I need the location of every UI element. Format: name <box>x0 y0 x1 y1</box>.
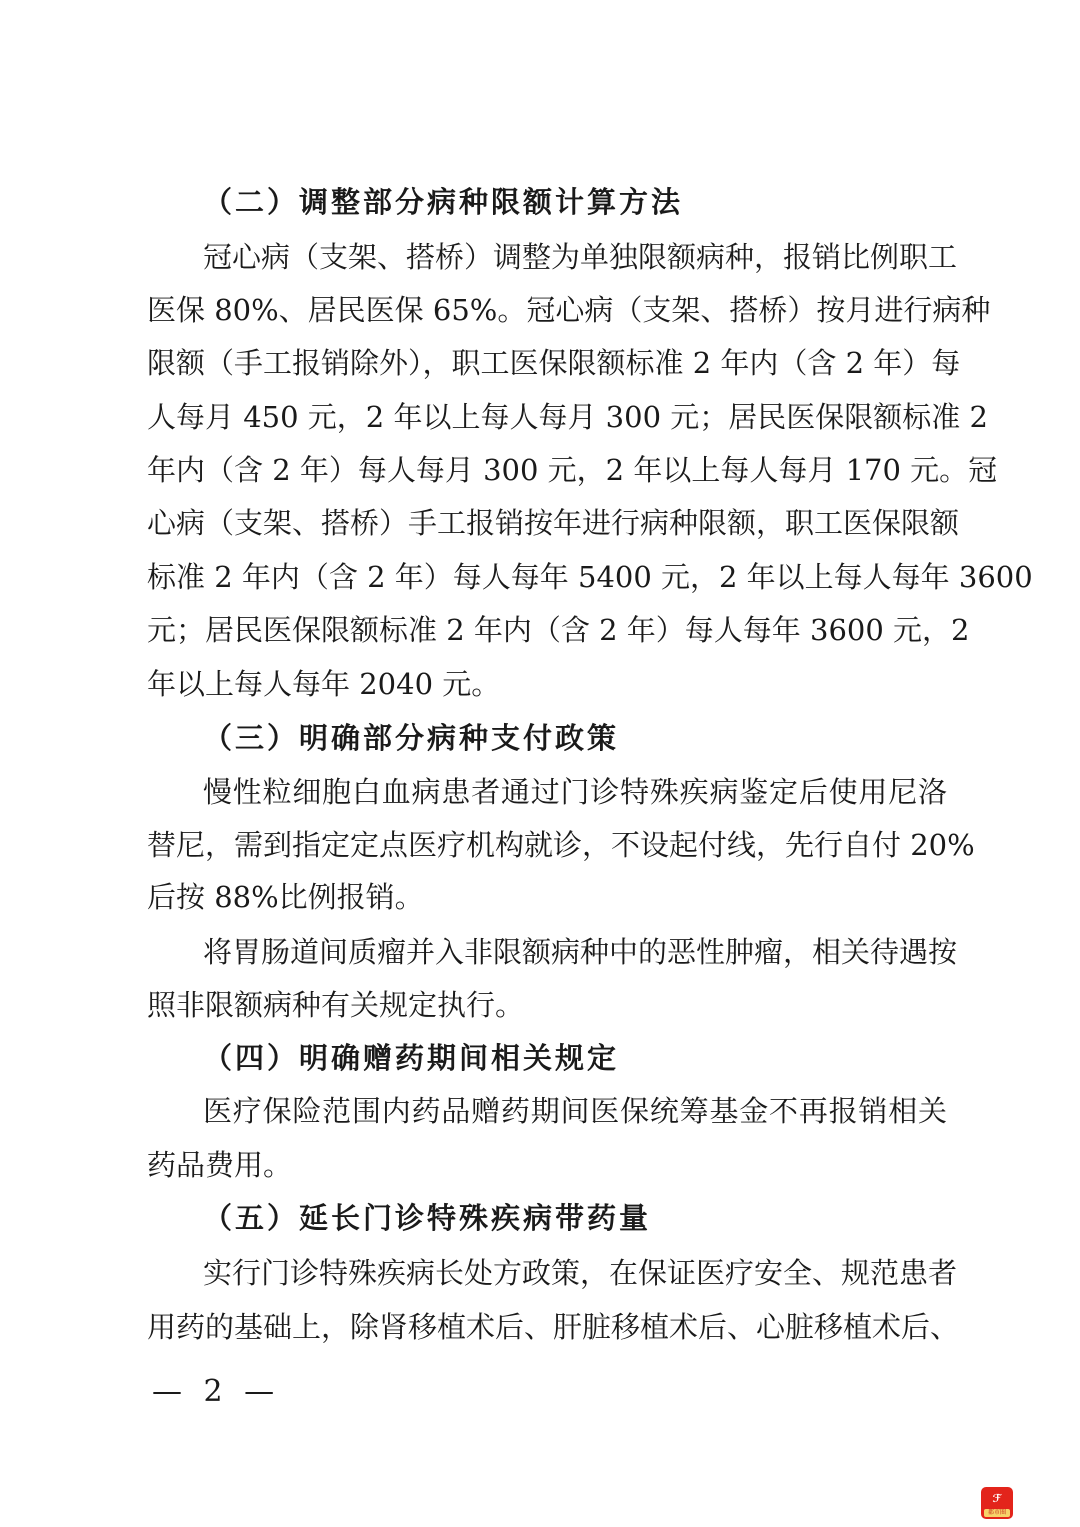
section-heading-3: （三）明确部分病种支付政策 <box>203 711 619 765</box>
paragraph-line: 后按 88%比例报销。 <box>147 870 947 924</box>
paragraph-line: 药品费用。 <box>147 1138 947 1192</box>
section-heading-5: （五）延长门诊特殊疾病带药量 <box>203 1191 651 1245</box>
app-logo-icon: ℱ 都市圈 <box>981 1487 1013 1519</box>
paragraph-line: 医疗保险范围内药品赠药期间医保统筹基金不再报销相关 <box>203 1084 947 1138</box>
paragraph-line: 限额（手工报销除外），职工医保限额标准 2 年内（含 2 年）每 <box>147 336 947 390</box>
document-page: （二）调整部分病种限额计算方法 冠心病（支架、搭桥）调整为单独限额病种，报销比例… <box>0 0 1080 1527</box>
paragraph-line: 年以上每人每年 2040 元。 <box>147 657 947 711</box>
logo-caption: 都市圈 <box>984 1509 1010 1517</box>
paragraph-line: 年内（含 2 年）每人每月 300 元，2 年以上每人每月 170 元。冠 <box>147 443 947 497</box>
paragraph-line: 医保 80%、居民医保 65%。冠心病（支架、搭桥）按月进行病种 <box>147 283 947 337</box>
paragraph-line: 心病（支架、搭桥）手工报销按年进行病种限额，职工医保限额 <box>147 496 947 550</box>
page-number: — 2 — <box>152 1372 280 1412</box>
paragraph-line: 用药的基础上，除肾移植术后、肝脏移植术后、心脏移植术后、 <box>147 1300 947 1354</box>
logo-glyph: ℱ <box>985 1490 1009 1508</box>
paragraph-line: 实行门诊特殊疾病长处方政策，在保证医疗安全、规范患者 <box>203 1246 947 1300</box>
paragraph-line: 将胃肠道间质瘤并入非限额病种中的恶性肿瘤，相关待遇按 <box>203 925 947 979</box>
paragraph-line: 照非限额病种有关规定执行。 <box>147 978 947 1032</box>
paragraph-line: 标准 2 年内（含 2 年）每人每年 5400 元，2 年以上每人每年 3600 <box>147 550 947 604</box>
section-heading-2: （二）调整部分病种限额计算方法 <box>203 175 683 229</box>
paragraph-line: 冠心病（支架、搭桥）调整为单独限额病种，报销比例职工 <box>203 230 947 284</box>
paragraph-line: 替尼，需到指定定点医疗机构就诊，不设起付线，先行自付 20% <box>147 818 947 872</box>
paragraph-line: 人每月 450 元，2 年以上每人每月 300 元；居民医保限额标准 2 <box>147 390 947 444</box>
section-heading-4: （四）明确赠药期间相关规定 <box>203 1031 619 1085</box>
paragraph-line: 元；居民医保限额标准 2 年内（含 2 年）每人每年 3600 元，2 <box>147 603 947 657</box>
paragraph-line: 慢性粒细胞白血病患者通过门诊特殊疾病鉴定后使用尼洛 <box>203 765 947 819</box>
